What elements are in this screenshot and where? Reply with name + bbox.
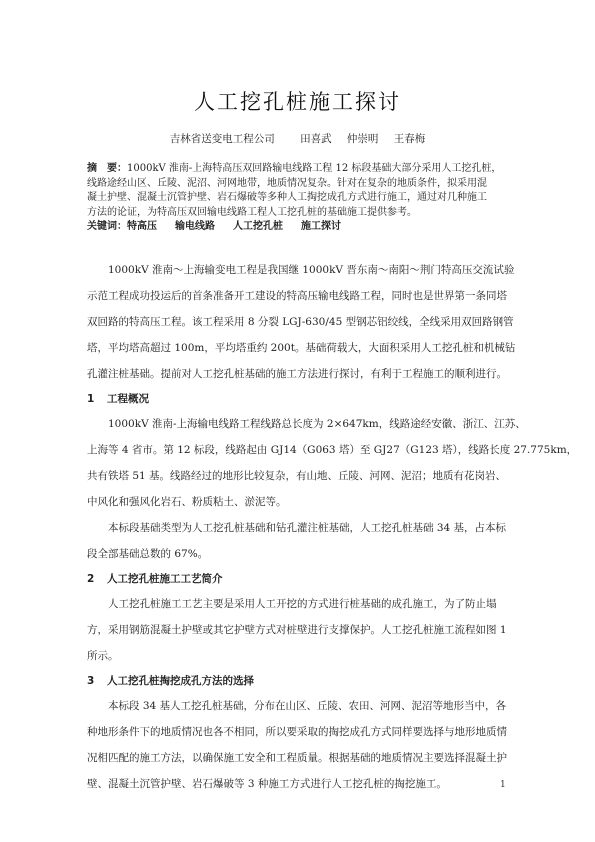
text-line: 段全部基础总数的 67%。 (87, 541, 517, 567)
text-line: 所示。 (87, 643, 517, 669)
section-1-paragraph: 本标段基础类型为人工挖孔桩基础和钻孔灌注桩基础，人工挖孔桩基础 34 基，占本标… (87, 515, 517, 567)
section-title: 人工挖孔桩施工工艺简介 (107, 573, 223, 585)
section-heading-3: 3人工挖孔桩掏挖成孔方法的选择 (87, 669, 517, 693)
author-name: 王春梅 (394, 133, 426, 145)
section-number: 3 (87, 669, 107, 693)
section-title: 人工挖孔桩掏挖成孔方法的选择 (107, 675, 254, 687)
author-line: 吉林省送变电工程公司 田喜武 仲崇明 王春梅 (0, 131, 595, 146)
text-line: 况相匹配的施工方法，以确保施工安全和工程质量。根据基础的地质情况主要选择混凝土护 (87, 745, 517, 771)
abstract-text: 1000kV 淮南-上海特高压双回路输电线路工程 12 标段基础大部分采用人工挖… (127, 163, 501, 174)
keyword: 人工挖孔桩 (233, 221, 283, 232)
abstract-line: 凝土护壁、混凝土沉管护壁、岩石爆破等多种人工掏挖成孔方式进行施工，通过对几种施工 (87, 191, 517, 206)
section-title: 工程概况 (107, 393, 149, 405)
keywords-line: 关键词：特高压输电线路人工挖孔桩施工探讨 (87, 220, 517, 235)
section-3-paragraph: 本标段 34 基人工挖孔桩基础，分布在山区、丘陵、农田、河网、泥沼等地形当中，各… (87, 693, 517, 797)
text-line: 本标段 34 基人工挖孔桩基础，分布在山区、丘陵、农田、河网、泥沼等地形当中，各 (87, 693, 517, 719)
text-line: 壁、混凝土沉管护壁、岩石爆破等 3 种施工方式进行人工挖孔桩的掏挖施工。 (87, 771, 517, 797)
section-1-paragraph: 1000kV 淮南-上海输电线路工程线路总长度为 2×647km，线路途经安徽、… (87, 411, 517, 515)
text-line: 1000kV 淮南～上海输变电工程是我国继 1000kV 晋东南～南阳～荆门特高… (87, 257, 517, 283)
keywords-label: 关键词： (87, 221, 127, 232)
section-heading-1: 1工程概况 (87, 387, 517, 411)
text-line: 种地形条件下的地质情况也各不相同，所以要采取的掏挖成孔方式同样要选择与地形地质情 (87, 719, 517, 745)
keyword: 输电线路 (175, 221, 215, 232)
author-name: 仲崇明 (347, 133, 379, 145)
intro-paragraph: 1000kV 淮南～上海输变电工程是我国继 1000kV 晋东南～南阳～荆门特高… (87, 257, 517, 387)
abstract-line: 摘 要：1000kV 淮南-上海特高压双回路输电线路工程 12 标段基础大部分采… (87, 162, 517, 177)
text-line: 示范工程成功投运后的首条准备开工建设的特高压输电线路工程，同时也是世界第一条同塔 (87, 283, 517, 309)
author-organization: 吉林省送变电工程公司 (170, 133, 275, 145)
section-2-paragraph: 人工挖孔桩施工工艺主要是采用人工开挖的方式进行桩基础的成孔施工，为了防止塌 方，… (87, 591, 517, 669)
page-number: 1 (500, 780, 506, 790)
abstract-label: 摘 要： (87, 163, 127, 174)
keyword: 特高压 (127, 221, 157, 232)
text-line: 方，采用钢筋混凝土护壁或其它护壁方式对桩壁进行支撑保护。人工挖孔桩施工流程如图 … (87, 617, 517, 643)
text-line: 塔，平均塔高超过 100m，平均塔重约 200t。基础荷载大，大面积采用人工挖孔… (87, 335, 517, 361)
section-number: 2 (87, 567, 107, 591)
keyword: 施工探讨 (301, 221, 341, 232)
text-line: 1000kV 淮南-上海输电线路工程线路总长度为 2×647km，线路途经安徽、… (87, 411, 517, 437)
text-line: 共有铁塔 51 基。线路经过的地形比较复杂，有山地、丘陵、河网、泥沼；地质有花岗… (87, 463, 517, 489)
text-line: 孔灌注桩基础。提前对人工挖孔桩基础的施工方法进行探讨，有利于工程施工的顺利进行。 (87, 361, 517, 387)
text-line: 中风化和强风化岩石、粉质粘土、淤泥等。 (87, 489, 517, 515)
abstract-line: 线路途经山区、丘陵、泥沼、河网地带，地质情况复杂。针对在复杂的地质条件，拟采用混 (87, 177, 517, 192)
body-text: 1000kV 淮南～上海输变电工程是我国继 1000kV 晋东南～南阳～荆门特高… (87, 257, 517, 797)
text-line: 人工挖孔桩施工工艺主要是采用人工开挖的方式进行桩基础的成孔施工，为了防止塌 (87, 591, 517, 617)
document-page: 人工挖孔桩施工探讨 吉林省送变电工程公司 田喜武 仲崇明 王春梅 摘 要：100… (0, 0, 595, 842)
abstract-block: 摘 要：1000kV 淮南-上海特高压双回路输电线路工程 12 标段基础大部分采… (87, 162, 517, 235)
text-line: 本标段基础类型为人工挖孔桩基础和钻孔灌注桩基础，人工挖孔桩基础 34 基，占本标 (87, 515, 517, 541)
section-heading-2: 2人工挖孔桩施工工艺简介 (87, 567, 517, 591)
text-line: 双回路的特高压工程。该工程采用 8 分裂 LGJ-630/45 型钢芯铝绞线，全… (87, 309, 517, 335)
author-name: 田喜武 (300, 133, 332, 145)
text-line: 上海等 4 省市。第 12 标段，线路起由 GJ14（G063 塔）至 GJ27… (87, 437, 517, 463)
abstract-line: 方法的论证，为特高压双回输电线路工程人工挖孔桩的基础施工提供参考。 (87, 206, 517, 221)
section-number: 1 (87, 387, 107, 411)
paper-title: 人工挖孔桩施工探讨 (0, 86, 595, 116)
